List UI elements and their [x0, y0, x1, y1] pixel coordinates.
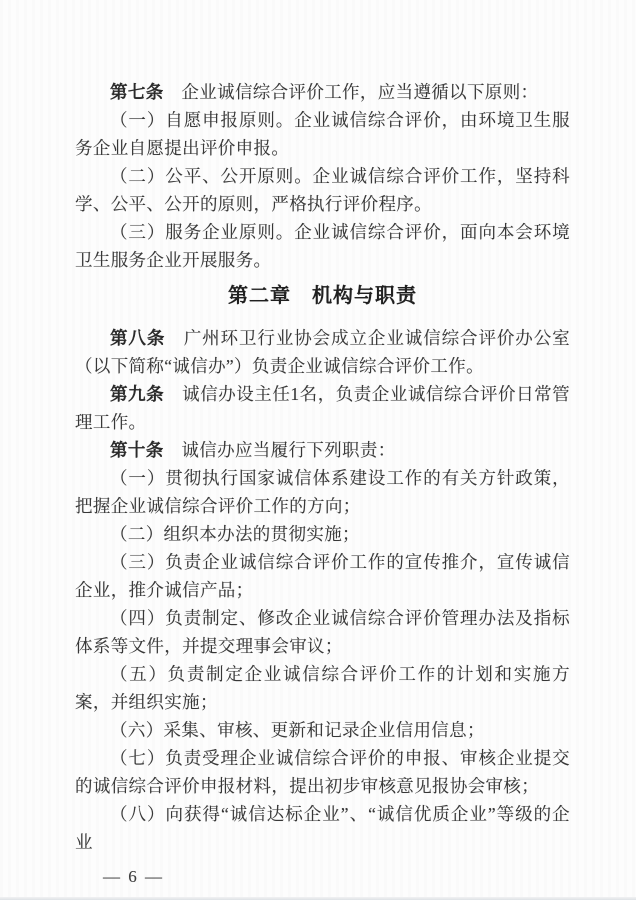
article-number: 第十条 — [110, 440, 181, 460]
article-number: 第九条 — [110, 384, 182, 404]
paragraph: （三）负责企业诚信综合评价工作的宣传推介，宣传诚信企业，推介诚信产品； — [75, 548, 570, 604]
page-number: — 6 — — [103, 867, 570, 887]
paragraph: 第九条 诚信办设主任1名，负责企业诚信综合评价日常管理工作。 — [75, 380, 570, 436]
chapter-heading: 第二章 机构与职责 — [75, 281, 570, 311]
paragraph: （二）公平、公开原则。企业诚信综合评价工作，坚持科学、公平、公开的原则，严格执行… — [75, 162, 570, 218]
paragraph-text: （八）向获得“诚信达标企业”、“诚信优质企业”等级的企业 — [75, 804, 570, 852]
paragraph: 第十条 诚信办应当履行下列职责： — [75, 436, 570, 464]
paragraph: 第八条 广州环卫行业协会成立企业诚信综合评价办公室（以下简称“诚信办”）负责企业… — [75, 324, 570, 380]
article-number: 第八条 — [110, 328, 184, 348]
paragraph-text: （三）服务企业原则。企业诚信综合评价，面向本会环境卫生服务企业开展服务。 — [75, 222, 570, 270]
paragraph: 第七条 企业诚信综合评价工作，应当遵循以下原则： — [75, 78, 570, 106]
paragraph-text: 企业诚信综合评价工作，应当遵循以下原则： — [181, 82, 538, 102]
paragraph-text: 诚信办应当履行下列职责： — [181, 440, 395, 460]
paragraph-text: （二）组织本办法的贯彻实施； — [110, 524, 360, 544]
paragraph: （一）自愿申报原则。企业诚信综合评价，由环境卫生服务企业自愿提出评价申报。 — [75, 106, 570, 162]
paragraph-text: （五）负责制定企业诚信综合评价工作的计划和实施方案，并组织实施； — [75, 664, 570, 712]
paragraph: （二）组织本办法的贯彻实施； — [75, 520, 570, 548]
paragraph: （一）贯彻执行国家诚信体系建设工作的有关方针政策，把握企业诚信综合评价工作的方向… — [75, 464, 570, 520]
paragraph: （三）服务企业原则。企业诚信综合评价，面向本会环境卫生服务企业开展服务。 — [75, 218, 570, 274]
paragraph: （五）负责制定企业诚信综合评价工作的计划和实施方案，并组织实施； — [75, 660, 570, 716]
paragraph-text: （一）贯彻执行国家诚信体系建设工作的有关方针政策，把握企业诚信综合评价工作的方向… — [75, 468, 570, 516]
paragraph-text: （六）采集、审核、更新和记录企业信用信息； — [110, 720, 485, 740]
scanned-document-page: 第七条 企业诚信综合评价工作，应当遵循以下原则： （一）自愿申报原则。企业诚信综… — [0, 0, 636, 900]
paragraph-text: （一）自愿申报原则。企业诚信综合评价，由环境卫生服务企业自愿提出评价申报。 — [75, 110, 570, 158]
paragraph: （八）向获得“诚信达标企业”、“诚信优质企业”等级的企业 — [75, 800, 570, 856]
article-number: 第七条 — [110, 82, 181, 102]
document-content: 第七条 企业诚信综合评价工作，应当遵循以下原则： （一）自愿申报原则。企业诚信综… — [75, 78, 570, 887]
paragraph-text: （二）公平、公开原则。企业诚信综合评价工作，坚持科学、公平、公开的原则，严格执行… — [75, 166, 570, 214]
paragraph: （四）负责制定、修改企业诚信综合评价管理办法及指标体系等文件，并提交理事会审议； — [75, 604, 570, 660]
paragraph: （六）采集、审核、更新和记录企业信用信息； — [75, 716, 570, 744]
paragraph-text: （七）负责受理企业诚信综合评价的申报、审核企业提交的诚信综合评价申报材料，提出初… — [75, 748, 570, 796]
paragraph-text: （三）负责企业诚信综合评价工作的宣传推介，宣传诚信企业，推介诚信产品； — [75, 552, 570, 600]
paragraph-text: （四）负责制定、修改企业诚信综合评价管理办法及指标体系等文件，并提交理事会审议； — [75, 608, 570, 656]
paragraph: （七）负责受理企业诚信综合评价的申报、审核企业提交的诚信综合评价申报材料，提出初… — [75, 744, 570, 800]
